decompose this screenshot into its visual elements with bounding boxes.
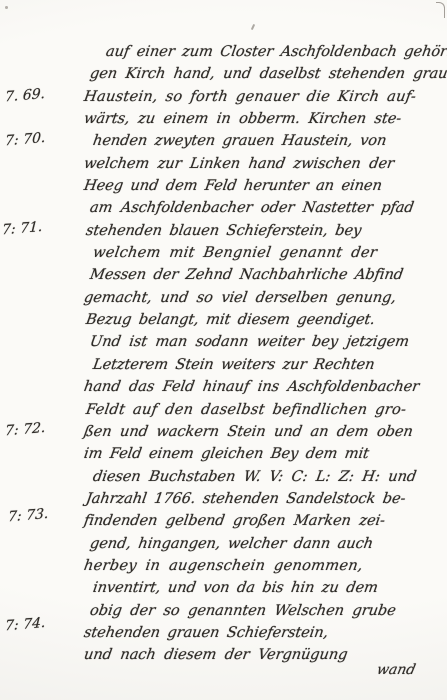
margin-number-771: 7: 71. — [2, 216, 81, 239]
margin-number-769: 7. 69. — [5, 83, 84, 106]
manuscript-line: ßen und wackern Stein und an dem oben — [82, 421, 447, 443]
manuscript-line: Messen der Zehnd Nachbahrliche Abfind — [88, 264, 447, 286]
manuscript-line: Haustein, so forth genauer die Kirch auf… — [82, 86, 447, 108]
margin-number-773: 7: 73. — [8, 503, 87, 526]
manuscript-line: Bezug belangt, mit diesem geendiget. — [84, 309, 447, 331]
manuscript-line: welchem mit Bengniel genannt der — [91, 242, 447, 264]
manuscript-page: 7. 69. 7: 70. 7: 71. 7: 72. 7: 73. 7: 74… — [0, 0, 447, 700]
stray-pen-stroke — [436, 2, 445, 18]
margin-number-774: 7: 74. — [5, 612, 84, 635]
manuscript-line: im Feld einem gleichen Bey dem mit — [82, 443, 447, 465]
manuscript-line: gemacht, und so viel derselben genung, — [82, 287, 447, 309]
manuscript-line: stehenden grauen Schieferstein, — [82, 622, 447, 644]
manuscript-line: welchem zur Linken hand zwischen der — [82, 153, 447, 175]
manuscript-line: stehenden blauen Schieferstein, bey — [84, 220, 447, 242]
margin-number-772: 7: 72. — [5, 417, 84, 440]
manuscript-line: am Aschfoldenbacher oder Nastetter pfad — [88, 197, 447, 219]
catchword: wand — [375, 662, 417, 678]
manuscript-line: gend, hingangen, welcher dann auch — [88, 533, 447, 555]
ink-speck — [5, 6, 8, 9]
manuscript-line: findenden gelbend großen Marken zei- — [82, 510, 447, 532]
manuscript-line: henden zweyten grauen Haustein, von — [91, 130, 447, 152]
manuscript-line: Letzterem Stein weiters zur Rechten — [91, 354, 447, 376]
manuscript-line-year-1766: Jahrzahl 1766. stehenden Sandelstock be- — [84, 488, 447, 510]
margin-number-770: 7: 70. — [5, 127, 84, 150]
manuscript-line: Feldt auf den daselbst befindlichen gro- — [84, 399, 447, 421]
manuscript-text-block: auf einer zum Closter Aschfoldenbach geh… — [84, 41, 447, 667]
ink-speck — [251, 24, 255, 30]
manuscript-line: herbey in augenschein genommen, — [82, 555, 447, 577]
manuscript-line: wärts, zu einem in obberm. Kirchen ste- — [82, 108, 447, 130]
manuscript-line: hand das Feld hinauf ins Aschfoldenbache… — [82, 376, 447, 398]
manuscript-line: obig der so genannten Welschen grube — [88, 600, 447, 622]
manuscript-line: Und ist man sodann weiter bey jetzigem — [88, 331, 447, 353]
manuscript-line: gen Kirch hand, und daselbst stehenden g… — [88, 63, 447, 85]
manuscript-line: inventirt, und von da bis hin zu dem — [91, 577, 447, 599]
manuscript-line: Heeg und dem Feld herunter an einen — [82, 175, 447, 197]
manuscript-line: auf einer zum Closter Aschfoldenbach geh… — [104, 41, 447, 63]
manuscript-line-initials-1766: diesen Buchstaben W. V: C: L: Z: H: und — [91, 466, 447, 488]
